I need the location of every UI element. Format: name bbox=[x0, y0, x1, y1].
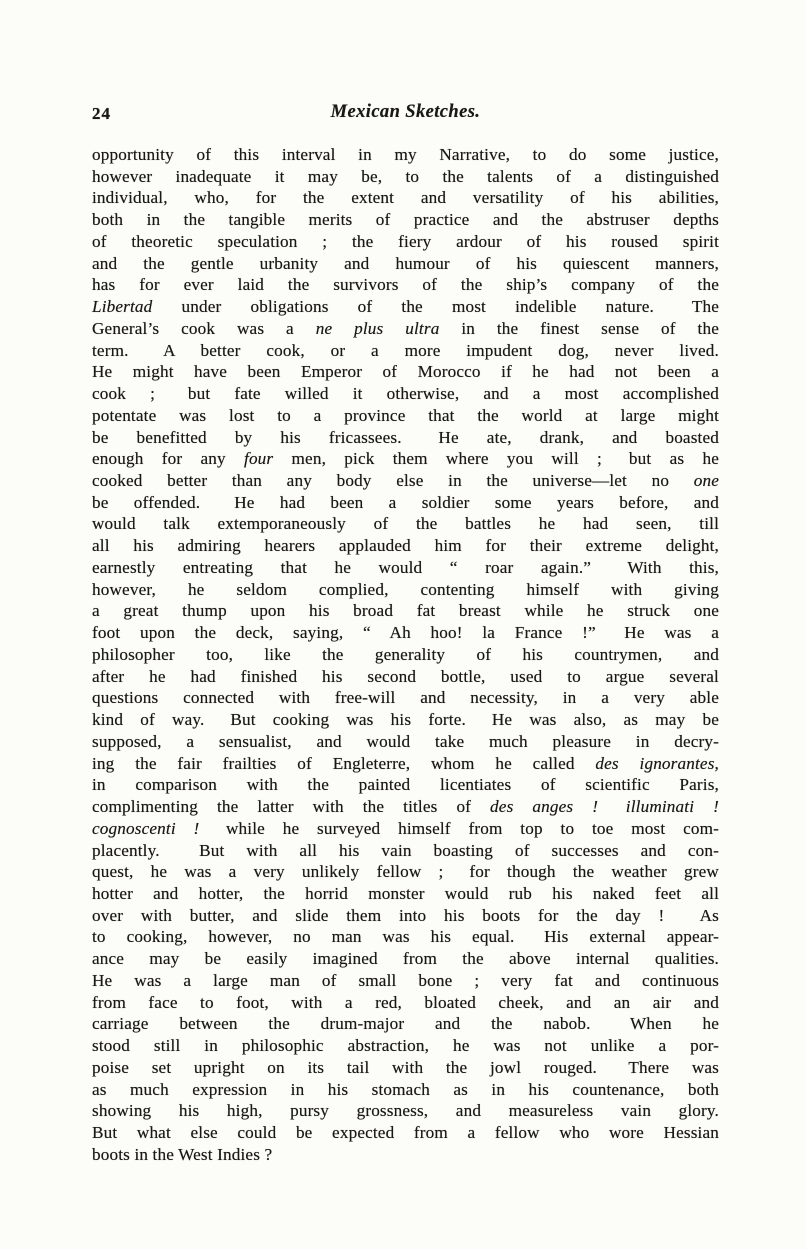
text-line: supposed, a sensualist, and would take m… bbox=[92, 731, 719, 753]
text-line: cooked better than any body else in the … bbox=[92, 470, 719, 492]
text-line: cognoscenti ! while he surveyed himself … bbox=[92, 818, 719, 840]
text-line: as much expression in his stomach as in … bbox=[92, 1079, 719, 1101]
text-line: questions connected with free-will and n… bbox=[92, 687, 719, 709]
text-line: has for ever laid the survivors of the s… bbox=[92, 274, 719, 296]
text-line: kind of way. But cooking was his forte. … bbox=[92, 709, 719, 731]
text-line: He might have been Emperor of Morocco if… bbox=[92, 361, 719, 383]
text-line: would talk extemporaneously of the battl… bbox=[92, 513, 719, 535]
text-line: hotter and hotter, the horrid monster wo… bbox=[92, 883, 719, 905]
text-line: of theoretic speculation ; the fiery ard… bbox=[92, 231, 719, 253]
text-line: term. A better cook, or a more impudent … bbox=[92, 340, 719, 362]
text-line: individual, who, for the extent and vers… bbox=[92, 187, 719, 209]
page-header: 24 Mexican Sketches. bbox=[92, 102, 719, 128]
text-line: opportunity of this interval in my Narra… bbox=[92, 144, 719, 166]
text-line: He was a large man of small bone ; very … bbox=[92, 970, 719, 992]
text-line: earnestly entreating that he would “ roa… bbox=[92, 557, 719, 579]
text-line: ing the fair frailties of Engleterre, wh… bbox=[92, 753, 719, 775]
page-number: 24 bbox=[92, 104, 111, 124]
text-line: all his admiring hearers applauded him f… bbox=[92, 535, 719, 557]
text-line: But what else could be expected from a f… bbox=[92, 1122, 719, 1144]
text-line: ance may be easily imagined from the abo… bbox=[92, 948, 719, 970]
text-line: poise set upright on its tail with the j… bbox=[92, 1057, 719, 1079]
running-title: Mexican Sketches. bbox=[92, 102, 719, 123]
text-line: General’s cook was a ne plus ultra in th… bbox=[92, 318, 719, 340]
text-line: and the gentle urbanity and humour of hi… bbox=[92, 253, 719, 275]
text-line: to cooking, however, no man was his equa… bbox=[92, 926, 719, 948]
text-line: after he had finished his second bottle,… bbox=[92, 666, 719, 688]
text-line: cook ; but fate willed it otherwise, and… bbox=[92, 383, 719, 405]
text-line: foot upon the deck, saying, “ Ah hoo! la… bbox=[92, 622, 719, 644]
text-line: showing his high, pursy grossness, and m… bbox=[92, 1100, 719, 1122]
text-line: quest, he was a very unlikely fellow ; f… bbox=[92, 861, 719, 883]
text-line: Libertad under obligations of the most i… bbox=[92, 296, 719, 318]
text-line: in comparison with the painted licentiat… bbox=[92, 774, 719, 796]
text-line: both in the tangible merits of practice … bbox=[92, 209, 719, 231]
book-page: 24 Mexican Sketches. opportunity of this… bbox=[0, 0, 806, 1249]
body-text: opportunity of this interval in my Narra… bbox=[92, 144, 719, 1166]
text-line: potentate was lost to a province that th… bbox=[92, 405, 719, 427]
text-line: from face to foot, with a red, bloated c… bbox=[92, 992, 719, 1014]
text-line: carriage between the drum-major and the … bbox=[92, 1013, 719, 1035]
text-line: boots in the West Indies ? bbox=[92, 1144, 719, 1166]
text-line: stood still in philosophic abstraction, … bbox=[92, 1035, 719, 1057]
text-line: complimenting the latter with the titles… bbox=[92, 796, 719, 818]
text-line: over with butter, and slide them into hi… bbox=[92, 905, 719, 927]
text-line: a great thump upon his broad fat breast … bbox=[92, 600, 719, 622]
text-line: however inadequate it may be, to the tal… bbox=[92, 166, 719, 188]
text-line: be offended. He had been a soldier some … bbox=[92, 492, 719, 514]
text-line: be benefitted by his fricassees. He ate,… bbox=[92, 427, 719, 449]
text-line: enough for any four men, pick them where… bbox=[92, 448, 719, 470]
text-line: placently. But with all his vain boastin… bbox=[92, 840, 719, 862]
text-line: however, he seldom complied, contenting … bbox=[92, 579, 719, 601]
text-line: philosopher too, like the generality of … bbox=[92, 644, 719, 666]
